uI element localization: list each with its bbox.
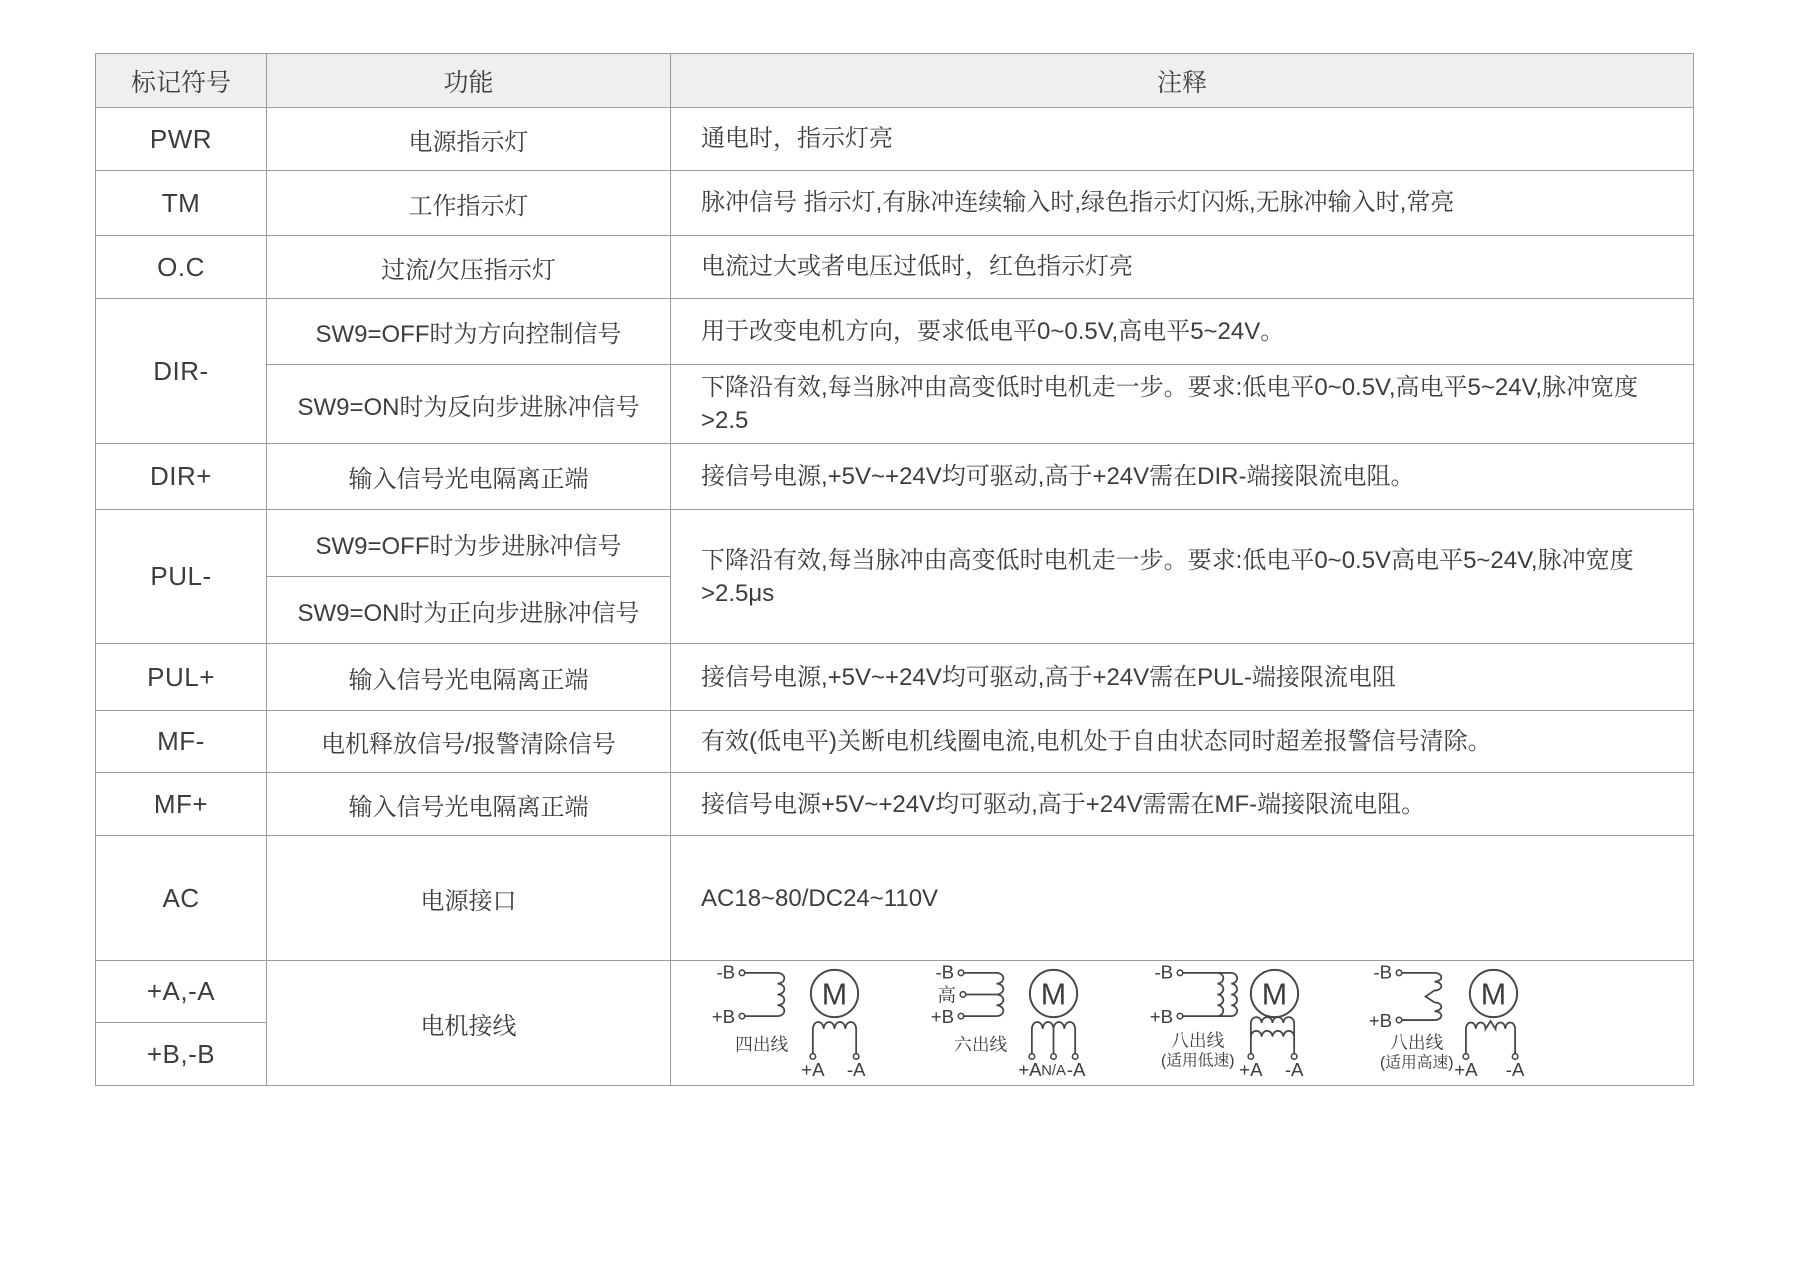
terminal-label: 高 [937, 984, 956, 1005]
dir-plus-note: 接信号电源,+5V~+24V均可驱动,高于+24V需在DIR-端接限流电阻。 [671, 444, 1694, 510]
terminal-label: -A [1506, 1059, 1525, 1080]
table-row: TM 工作指示灯 脉冲信号 指示灯,有脉冲连续输入时,绿色指示灯闪烁,无脉冲输入… [96, 171, 1694, 236]
motor-symbol-b: +B,-B [96, 1023, 267, 1086]
wiring-8wire-parallel-graphic: M -B +B 八出线 (适用低速) +A -A [1150, 962, 1304, 1080]
table-row: AC 电源接口 AC18~80/DC24~110V [96, 836, 1694, 961]
dir-minus-function-off: SW9=OFF时为方向控制信号 [267, 299, 671, 365]
motor-wiring-diagrams: M -B +B 四出线 +A -A [697, 962, 1693, 1085]
ac-note: AC18~80/DC24~110V [671, 836, 1694, 961]
table-row: MF+ 输入信号光电隔离正端 接信号电源+5V~+24V均可驱动,高于+24V需… [96, 773, 1694, 836]
pul-minus-function-off: SW9=OFF时为步进脉冲信号 [267, 510, 671, 577]
terminal-label: -B [935, 962, 954, 983]
ac-function: 电源接口 [267, 836, 671, 961]
table-row: +A,-A 电机接线 M -B +B [96, 961, 1694, 1023]
table-row: PUL- SW9=OFF时为步进脉冲信号 下降沿有效,每当脉冲由高变低时电机走一… [96, 510, 1694, 577]
pwr-function: 电源指示灯 [267, 108, 671, 171]
terminal-label: +B [712, 1006, 735, 1027]
dir-plus-function: 输入信号光电隔离正端 [267, 444, 671, 510]
terminal-label: +A [801, 1059, 825, 1080]
signal-spec-table: 标记符号 功能 注释 PWR 电源指示灯 通电时，指示灯亮 TM 工作指示灯 脉… [95, 53, 1694, 1086]
motor-wiring-diagram-8wire-highspeed: M -B +B 八出线 (适用高速) +A -A [1354, 962, 1569, 1085]
terminal-label: -A [1285, 1059, 1304, 1080]
dir-minus-note-off: 用于改变电机方向，要求低电平0~0.5V,高电平5~24V。 [671, 299, 1694, 365]
pul-minus-function-on: SW9=ON时为正向步进脉冲信号 [267, 577, 671, 644]
motor-letter: M [822, 977, 847, 1011]
mf-plus-note: 接信号电源+5V~+24V均可驱动,高于+24V需需在MF-端接限流电阻。 [671, 773, 1694, 836]
table-row: SW9=ON时为反向步进脉冲信号 下降沿有效,每当脉冲由高变低时电机走一步。要求… [96, 365, 1694, 444]
oc-symbol: O.C [96, 236, 267, 299]
terminal-label: -A [847, 1059, 866, 1080]
terminal-label: -B [1154, 962, 1173, 983]
tm-note: 脉冲信号 指示灯,有脉冲连续输入时,绿色指示灯闪烁,无脉冲输入时,常亮 [671, 171, 1694, 236]
motor-letter: M [1481, 977, 1506, 1011]
dir-minus-function-on: SW9=ON时为反向步进脉冲信号 [267, 365, 671, 444]
terminal-label: +B [1150, 1006, 1173, 1027]
table-row: O.C 过流/欠压指示灯 电流过大或者电压过低时，红色指示灯亮 [96, 236, 1694, 299]
diagram-caption-sub: (适用高速) [1380, 1052, 1453, 1071]
table-row: PUL+ 输入信号光电隔离正端 接信号电源,+5V~+24V均可驱动,高于+24… [96, 644, 1694, 711]
motor-wiring-diagram-6wire: M -B 高 +B 六出线 +A N/A -A [916, 962, 1131, 1085]
tm-function: 工作指示灯 [267, 171, 671, 236]
diagram-caption: 六出线 [954, 1034, 1007, 1054]
diagram-caption: 八出线 [1390, 1032, 1443, 1052]
terminal-label: +A [1239, 1059, 1263, 1080]
diagram-caption: 八出线 [1171, 1030, 1224, 1050]
table-row: DIR- SW9=OFF时为方向控制信号 用于改变电机方向，要求低电平0~0.5… [96, 299, 1694, 365]
header-function: 功能 [267, 54, 671, 108]
pwr-note: 通电时，指示灯亮 [671, 108, 1694, 171]
pwr-symbol: PWR [96, 108, 267, 171]
signal-spec-table-wrap: 标记符号 功能 注释 PWR 电源指示灯 通电时，指示灯亮 TM 工作指示灯 脉… [95, 53, 1694, 1086]
header-note: 注释 [671, 54, 1694, 108]
motor-wiring-cell: M -B +B 四出线 +A -A [671, 961, 1694, 1086]
header-row: 标记符号 功能 注释 [96, 54, 1694, 108]
mf-minus-function: 电机释放信号/报警清除信号 [267, 711, 671, 773]
dir-minus-note-on: 下降沿有效,每当脉冲由高变低时电机走一步。要求:低电平0~0.5V,高电平5~2… [671, 365, 1694, 444]
mf-minus-symbol: MF- [96, 711, 267, 773]
mf-plus-function: 输入信号光电隔离正端 [267, 773, 671, 836]
pul-plus-symbol: PUL+ [96, 644, 267, 711]
terminal-label: +B [1369, 1010, 1392, 1031]
terminal-label: +B [931, 1006, 954, 1027]
wiring-6wire-graphic: M -B 高 +B 六出线 +A N/A -A [931, 962, 1086, 1080]
header-symbol: 标记符号 [96, 54, 267, 108]
diagram-caption: 四出线 [735, 1034, 788, 1054]
oc-function: 过流/欠压指示灯 [267, 236, 671, 299]
table-row: PWR 电源指示灯 通电时，指示灯亮 [96, 108, 1694, 171]
terminal-label: N/A [1041, 1063, 1066, 1079]
terminal-label: -B [716, 962, 735, 983]
terminal-label: -B [1373, 962, 1392, 983]
wiring-8wire-series-graphic: M -B +B 八出线 (适用高速) +A -A [1369, 962, 1525, 1080]
table-row: MF- 电机释放信号/报警清除信号 有效(低电平)关断电机线圈电流,电机处于自由… [96, 711, 1694, 773]
tm-symbol: TM [96, 171, 267, 236]
motor-letter: M [1041, 977, 1066, 1011]
terminal-label: +A [1018, 1059, 1042, 1080]
dir-plus-symbol: DIR+ [96, 444, 267, 510]
pul-plus-function: 输入信号光电隔离正端 [267, 644, 671, 711]
motor-function: 电机接线 [267, 961, 671, 1086]
wiring-4wire-graphic: M -B +B 四出线 +A -A [712, 962, 866, 1080]
diagram-caption-sub: (适用低速) [1161, 1051, 1234, 1069]
motor-letter: M [1262, 977, 1287, 1011]
ac-symbol: AC [96, 836, 267, 961]
mf-minus-note: 有效(低电平)关断电机线圈电流,电机处于自由状态同时超差报警信号清除。 [671, 711, 1694, 773]
motor-symbol-a: +A,-A [96, 961, 267, 1023]
terminal-label: +A [1454, 1059, 1478, 1080]
mf-plus-symbol: MF+ [96, 773, 267, 836]
motor-wiring-diagram-8wire-lowspeed: M -B +B 八出线 (适用低速) +A -A [1135, 962, 1350, 1085]
terminal-label: -A [1067, 1059, 1086, 1080]
oc-note: 电流过大或者电压过低时，红色指示灯亮 [671, 236, 1694, 299]
dir-minus-symbol: DIR- [96, 299, 267, 444]
pul-minus-symbol: PUL- [96, 510, 267, 644]
table-row: DIR+ 输入信号光电隔离正端 接信号电源,+5V~+24V均可驱动,高于+24… [96, 444, 1694, 510]
motor-wiring-diagram-4wire: M -B +B 四出线 +A -A [697, 962, 912, 1085]
pul-minus-note: 下降沿有效,每当脉冲由高变低时电机走一步。要求:低电平0~0.5V高电平5~24… [671, 510, 1694, 644]
pul-plus-note: 接信号电源,+5V~+24V均可驱动,高于+24V需在PUL-端接限流电阻 [671, 644, 1694, 711]
